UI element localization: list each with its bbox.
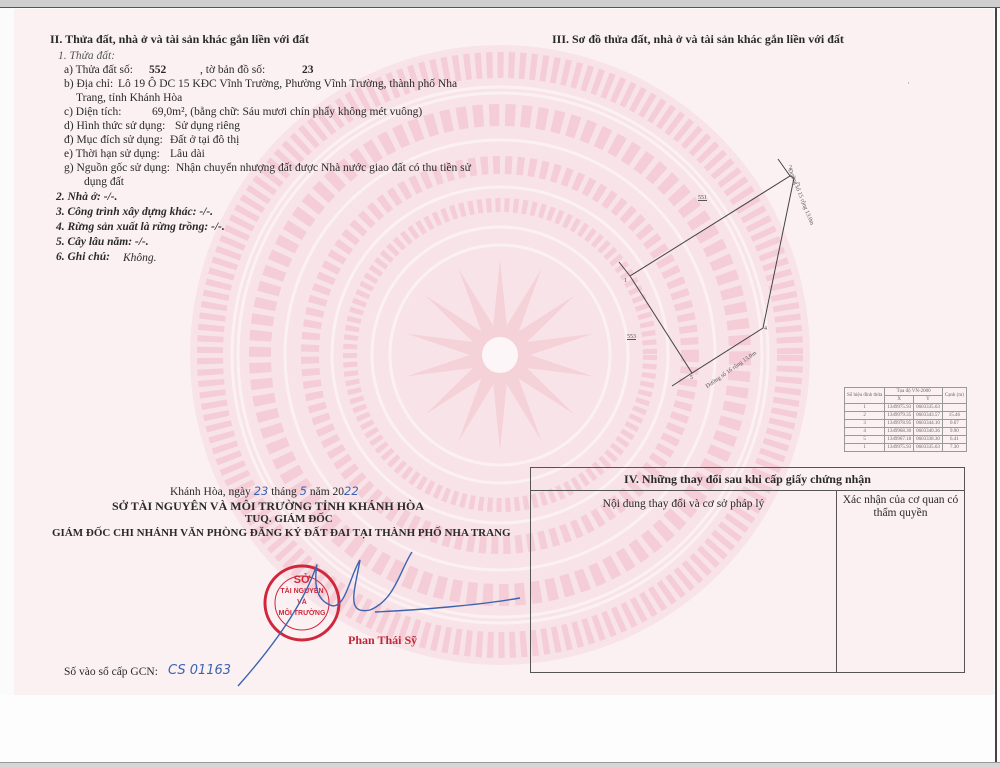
changes-column-confirmation: Xác nhận của cơ quan có thẩm quyền bbox=[837, 494, 964, 520]
changes-table: IV. Những thay đổi sau khi cấp giấy chứn… bbox=[530, 467, 965, 673]
section-4-heading: IV. Những thay đổi sau khi cấp giấy chứn… bbox=[531, 468, 964, 491]
changes-column-content: Nội dung thay đổi và cơ sở pháp lý bbox=[531, 498, 836, 510]
signer-name: Phan Thái Sỹ bbox=[348, 633, 417, 648]
registry-number: CS 01163 bbox=[168, 663, 231, 678]
registry-label: Số vào sổ cấp GCN: bbox=[64, 665, 158, 679]
